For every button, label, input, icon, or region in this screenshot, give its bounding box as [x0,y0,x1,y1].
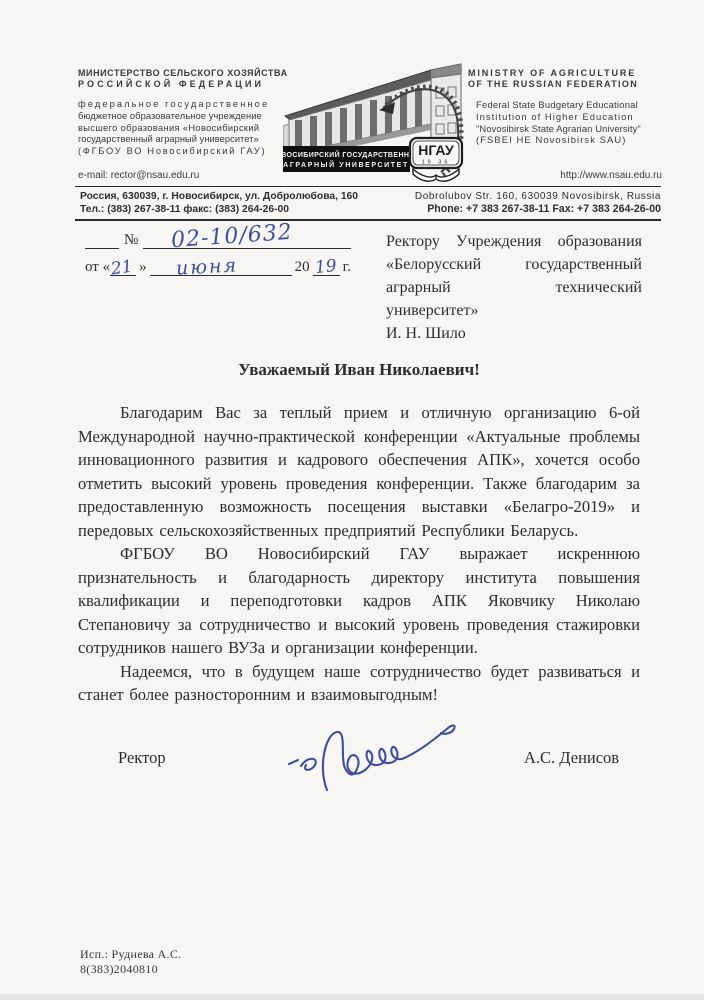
recipient-block: Ректору Учреждения образования «Белорусс… [386,230,642,345]
paragraph: Надеемся, что в будущем наше сотрудничес… [78,660,640,707]
paragraph: ФГБОУ ВО Новосибирский ГАУ выражает искр… [78,542,640,660]
postal-address-ru: Россия, 630039, г. Новосибирск, ул. Добр… [80,190,390,216]
handwritten-signature [285,706,465,798]
website-url: http://www.nsau.edu.ru [470,170,662,181]
handwritten-month: июня [175,254,238,279]
ministry-name-ru: МИНИСТЕРСТВО СЕЛЬСКОГО ХОЗЯЙСТВА [78,68,286,79]
organization-name-ru: федеральное государственное бюджетное об… [78,99,286,158]
recipient-line: Ректору Учреждения образования [386,230,642,253]
executor-block: Исп.: Руднева А.С. 8(383)2040810 [80,947,181,977]
organization-name-en: Federal State Budgetary Educational Inst… [468,99,662,146]
university-building-illustration: НОВОСИБИРСКИЙ ГОСУДАРСТВЕННЫЙ АГРАРНЫЙ У… [283,60,468,188]
ministry-name-en-2: OF THE RUSSIAN FEDERATION [468,79,662,90]
scanned-letter-page: МИНИСТЕРСТВО СЕЛЬСКОГО ХОЗЯЙСТВА РОССИЙС… [0,0,704,1000]
year-line: 19 [313,258,340,276]
ministry-name-ru-2: РОССИЙСКОЙ ФЕДЕРАЦИИ [78,79,286,90]
org-line: (FSBEI HE Novosibirsk SAU) [476,134,662,146]
day-line: 21 [110,258,136,276]
emblem-text: НГАУ [418,142,454,158]
recipient-line: аграрный технический [386,276,642,299]
university-banner: НОВОСИБИРСКИЙ ГОСУДАРСТВЕННЫЙ АГРАРНЫЙ У… [283,146,422,172]
signer-name: А.С. Денисов [524,748,619,768]
org-line: Federal State Budgetary Educational [476,99,662,111]
org-line: "Novosibirsk State Agrarian University" [476,123,662,135]
header-divider-bottom [75,219,661,221]
executor-phone: 8(383)2040810 [80,962,181,977]
recipient-line: университет» [386,299,642,322]
date-from-label: от « [85,259,110,276]
signature-flourish [323,725,455,790]
letterhead-russian-block: МИНИСТЕРСТВО СЕЛЬСКОГО ХОЗЯЙСТВА РОССИЙС… [78,68,286,158]
banner-line-1: НОВОСИБИРСКИЙ ГОСУДАРСТВЕННЫЙ [283,150,422,159]
salutation: Уважаемый Иван Николаевич! [78,360,640,380]
org-line: (ФГБОУ ВО Новосибирский ГАУ) [78,146,286,158]
recipient-name: И. Н. Шило [386,322,642,345]
paragraph: Благодарим Вас за теплый прием и отличну… [78,401,640,542]
banner-line-2: АГРАРНЫЙ УНИВЕРСИТЕТ [283,160,409,169]
executor-name: Исп.: Руднева А.С. [80,947,181,962]
address-line: Dobrolubov Str. 160, 630039 Novosibirsk,… [375,190,661,203]
letter-body: Благодарим Вас за теплый прием и отличну… [78,401,640,707]
recipient-line: «Белорусский государственный [386,253,642,276]
org-line: бюджетное образовательное учреждение [78,111,286,123]
phone-fax-line: Phone: +7 383 267-38-11 Fax: +7 383 264-… [375,203,661,216]
reference-block: № 02-10/632 от « 21 » июня 20 19 г. [85,231,395,276]
org-line: высшего образования «Новосибирский [78,123,286,135]
handwritten-reference-number: 02-10/632 [171,220,294,253]
org-line: федеральное государственное [78,99,286,111]
org-line: государственный аграрный университет» [78,134,286,146]
emblem-year: 19 36 [422,160,451,166]
reference-number-row: № 02-10/632 [85,231,395,249]
blank-line [85,231,119,249]
ministry-name-en: MINISTRY OF AGRICULTURE [468,68,662,79]
month-line: июня [150,258,292,276]
postal-address-en: Dobrolubov Str. 160, 630039 Novosibirsk,… [375,190,661,216]
handwritten-year: 19 [314,256,338,278]
reference-date-row: от « 21 » июня 20 19 г. [85,258,395,276]
handwritten-day: 21 [110,257,134,280]
phone-fax-line: Тел.: (383) 267-38-11 факс: (383) 264-26… [80,203,390,216]
org-line: Institution of Higher Education [476,111,662,123]
signer-position: Ректор [118,748,166,768]
year-suffix-label: г. [343,259,351,276]
email-address: e-mail: rector@nsau.edu.ru [78,170,199,181]
signature-initial [301,759,316,770]
number-sign-label: № [124,232,138,249]
letterhead-english-block: MINISTRY OF AGRICULTURE OF THE RUSSIAN F… [468,68,662,146]
ngau-emblem: НГАУ 19 36 [410,138,462,181]
close-quote-label: » [139,259,147,276]
header-divider-top [75,186,661,187]
number-line: 02-10/632 [143,231,351,249]
year-prefix-label: 20 [295,259,310,276]
signature-dash [289,760,298,764]
address-line: Россия, 630039, г. Новосибирск, ул. Добр… [80,190,390,203]
